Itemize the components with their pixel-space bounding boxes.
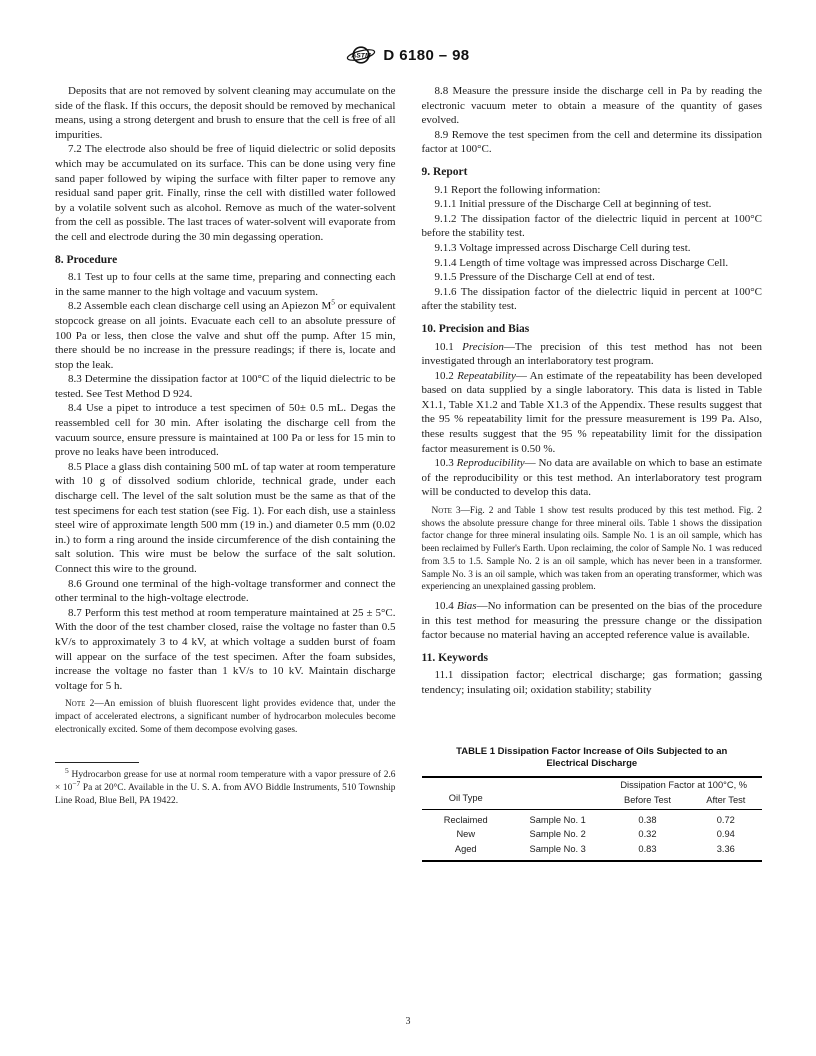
table-cell: Aged [422, 842, 511, 862]
table-cell: 0.72 [690, 809, 762, 827]
paragraph: 10.3 Reproducibility— No data are availa… [422, 456, 763, 500]
table-title-line1: TABLE 1 Dissipation Factor Increase of O… [456, 746, 727, 757]
paragraph: 8.7 Perform this test method at room tem… [55, 606, 396, 694]
paragraph: 9.1.3 Voltage impressed across Discharge… [422, 241, 763, 256]
table-cell: Reclaimed [422, 809, 511, 827]
col-header-sample [510, 777, 605, 810]
col-header-after: After Test [690, 793, 762, 809]
column-right: 8.8 Measure the pressure inside the disc… [422, 84, 763, 862]
table-row: ReclaimedSample No. 10.380.72 [422, 809, 763, 827]
table-cell: 0.83 [605, 842, 689, 862]
paragraph: 8.2 Assemble each clean discharge cell u… [55, 299, 396, 372]
paragraph: 10.1 Precision—The precision of this tes… [422, 340, 763, 369]
table-1: TABLE 1 Dissipation Factor Increase of O… [422, 746, 763, 863]
paragraph: 10.4 Bias—No information can be presente… [422, 599, 763, 643]
table-1-grid: Oil TypeDissipation Factor at 100°C, %Be… [422, 776, 763, 863]
two-column-body: Deposits that are not removed by solvent… [55, 84, 762, 862]
paragraph: 10.2 Repeatability— An estimate of the r… [422, 369, 763, 457]
paragraph: 9.1.1 Initial pressure of the Discharge … [422, 197, 763, 212]
document-header: ASTM D 6180 – 98 [0, 44, 816, 66]
table-body: ReclaimedSample No. 10.380.72NewSample N… [422, 809, 763, 861]
col-header-before: Before Test [605, 793, 689, 809]
paragraph: 9.1.2 The dissipation factor of the diel… [422, 212, 763, 241]
footnote: 5 Hydrocarbon grease for use at normal r… [55, 769, 396, 807]
note-paragraph: Note 3—Fig. 2 and Table 1 show test resu… [422, 505, 763, 594]
table-head: Oil TypeDissipation Factor at 100°C, %Be… [422, 777, 763, 810]
col-group-header: Dissipation Factor at 100°C, % [605, 777, 762, 794]
paragraph: 11.1 dissipation factor; electrical disc… [422, 668, 763, 697]
section-heading: 8. Procedure [55, 253, 396, 268]
table-title-line2: Electrical Discharge [546, 758, 637, 769]
section-heading: 11. Keywords [422, 651, 763, 666]
col-header-oil-type: Oil Type [422, 777, 511, 810]
document-code: D 6180 – 98 [383, 47, 469, 64]
table-cell: Sample No. 1 [510, 809, 605, 827]
table-cell: 0.32 [605, 827, 689, 842]
paragraph: 9.1 Report the following information: [422, 183, 763, 198]
paragraph: Deposits that are not removed by solvent… [55, 84, 396, 142]
table-row: NewSample No. 20.320.94 [422, 827, 763, 842]
page-number: 3 [0, 1016, 816, 1027]
paragraph: 8.9 Remove the test specimen from the ce… [422, 128, 763, 157]
table-cell: New [422, 827, 511, 842]
paragraph: 7.2 The electrode also should be free of… [55, 142, 396, 244]
paragraph: 8.4 Use a pipet to introduce a test spec… [55, 401, 396, 459]
note-paragraph: Note 2—An emission of bluish fluorescent… [55, 698, 396, 736]
section-heading: 10. Precision and Bias [422, 322, 763, 337]
astm-logo-icon: ASTM [346, 44, 376, 66]
paragraph: 8.6 Ground one terminal of the high-volt… [55, 577, 396, 606]
section-heading: 9. Report [422, 165, 763, 180]
table-cell: 0.38 [605, 809, 689, 827]
table-cell: Sample No. 2 [510, 827, 605, 842]
footnote-rule [55, 762, 139, 763]
paragraph: 8.5 Place a glass dish containing 500 mL… [55, 460, 396, 577]
paragraph: 8.3 Determine the dissipation factor at … [55, 372, 396, 401]
document-page: ASTM D 6180 – 98 Deposits that are not r… [0, 0, 816, 1056]
svg-text:ASTM: ASTM [351, 53, 372, 60]
table-cell: 3.36 [690, 842, 762, 862]
paragraph: 8.1 Test up to four cells at the same ti… [55, 270, 396, 299]
paragraph: 8.8 Measure the pressure inside the disc… [422, 84, 763, 128]
paragraph: 9.1.5 Pressure of the Discharge Cell at … [422, 270, 763, 285]
table-title: TABLE 1 Dissipation Factor Increase of O… [422, 746, 763, 771]
paragraph: 9.1.4 Length of time voltage was impress… [422, 256, 763, 271]
table-row: AgedSample No. 30.833.36 [422, 842, 763, 862]
column-left: Deposits that are not removed by solvent… [55, 84, 396, 862]
paragraph: 9.1.6 The dissipation factor of the diel… [422, 285, 763, 314]
table-cell: Sample No. 3 [510, 842, 605, 862]
table-cell: 0.94 [690, 827, 762, 842]
